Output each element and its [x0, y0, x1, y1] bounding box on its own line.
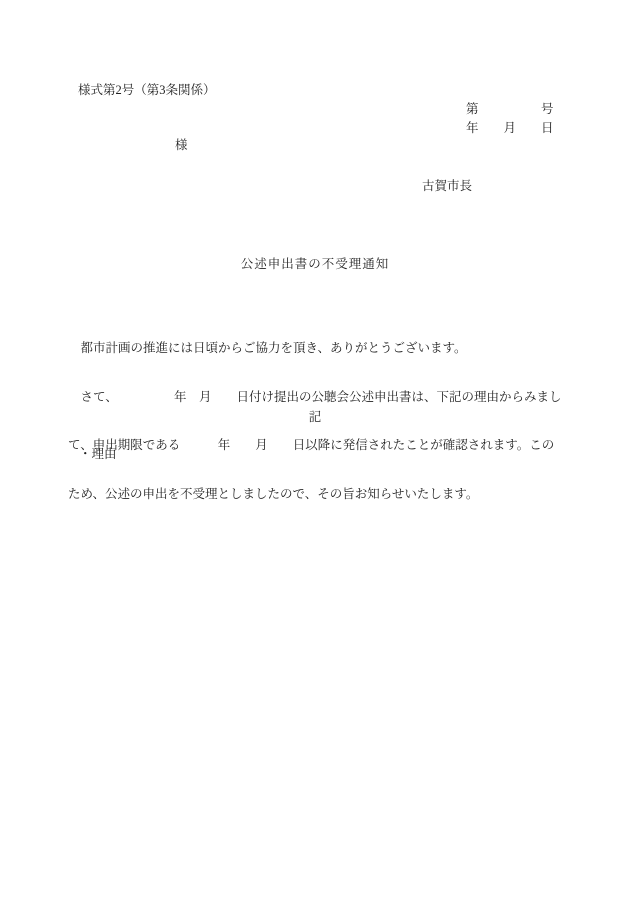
form-number-label: 様式第2号（第3条関係） — [78, 80, 216, 98]
date-line: 年 月 日 — [466, 118, 554, 136]
section-marker: 記 — [0, 407, 630, 425]
reason-label: ・理由 — [79, 444, 117, 462]
body-line-2: さて、 年 月 日付け提出の公聴会公述申出書は、下記の理由からみまし — [68, 388, 568, 407]
document-title: 公述申出書の不受理通知 — [0, 254, 630, 272]
sender-name: 古賀市長 — [422, 176, 472, 194]
body-line-3: て、申出期限である 年 月 日以降に発信されたことが確認されます。この — [68, 436, 568, 455]
addressee-suffix: 様 — [175, 135, 188, 153]
body-line-4: ため、公述の申出を不受理としましたので、その旨お知らせいたします。 — [68, 485, 568, 504]
document-number-line: 第 号 — [466, 99, 554, 117]
document-page: 様式第2号（第3条関係） 第 号 年 月 日 様 古賀市長 公述申出書の不受理通… — [0, 0, 630, 903]
body-line-1: 都市計画の推進には日頃からご協力を頂き、ありがとうございます。 — [68, 339, 568, 358]
